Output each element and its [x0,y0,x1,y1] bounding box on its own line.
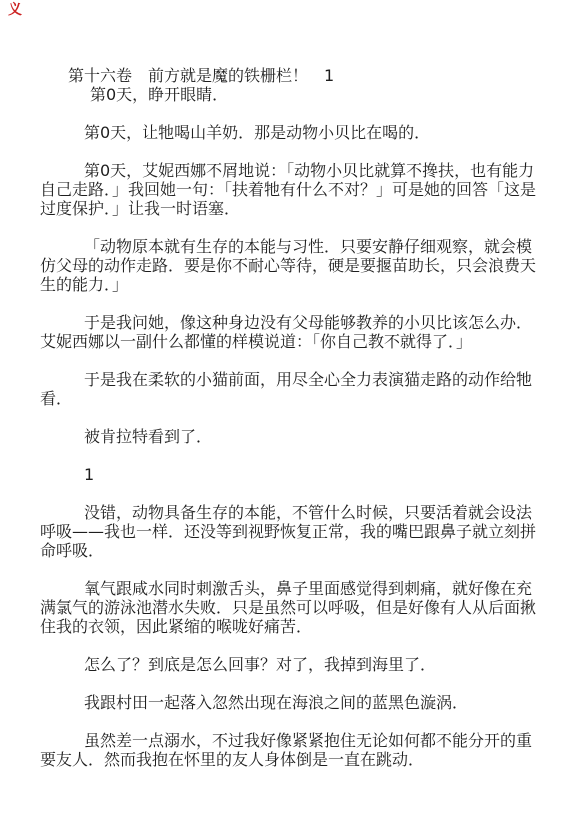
paragraph: 被肯拉特看到了． [40,427,540,446]
paragraph: 怎么了？到底是怎么回事？对了，我掉到海里了． [40,655,540,674]
chapter-title: 第十六卷 前方就是魔的铁栅栏！ 1 [40,66,540,85]
paragraph: 氧气跟咸水同时刺激舌头，鼻子里面感觉得到刺痛，就好像在充满氯气的游泳池潜水失败．… [40,579,540,636]
paragraph: 于是我在柔软的小猫前面，用尽全心全力表演猫走路的动作给牠看． [40,370,540,408]
paragraph: 没错，动物具备生存的本能，不管什么时候，只要活着就会设法呼吸——我也一样．还没等… [40,503,540,560]
paragraph: 「动物原本就有生存的本能与习性．只要安静仔细观察，就会模仿父母的动作走路．要是你… [40,237,540,294]
section-number: 1 [40,465,540,484]
paragraph: 第0天，让牠喝山羊奶．那是动物小贝比在喝的． [40,123,540,142]
chapter-subtitle: 第0天，睁开眼睛． [40,85,540,104]
paragraph: 于是我问她，像这种身边没有父母能够教养的小贝比该怎么办．艾妮西娜以一副什么都懂的… [40,313,540,351]
document-page: 第十六卷 前方就是魔的铁栅栏！ 1 第0天，睁开眼睛． 第0天，让牠喝山羊奶．那… [40,66,540,788]
paragraph: 虽然差一点溺水，不过我好像紧紧抱住无论如何都不能分开的重要友人．然而我抱在怀里的… [40,731,540,769]
paragraph: 第0天，艾妮西娜不屑地说：「动物小贝比就算不搀扶，也有能力自己走路．」我回她一句… [40,161,540,218]
watermark-glyph: 义 [8,3,22,17]
paragraph: 我跟村田一起落入忽然出现在海浪之间的蓝黑色漩涡． [40,693,540,712]
